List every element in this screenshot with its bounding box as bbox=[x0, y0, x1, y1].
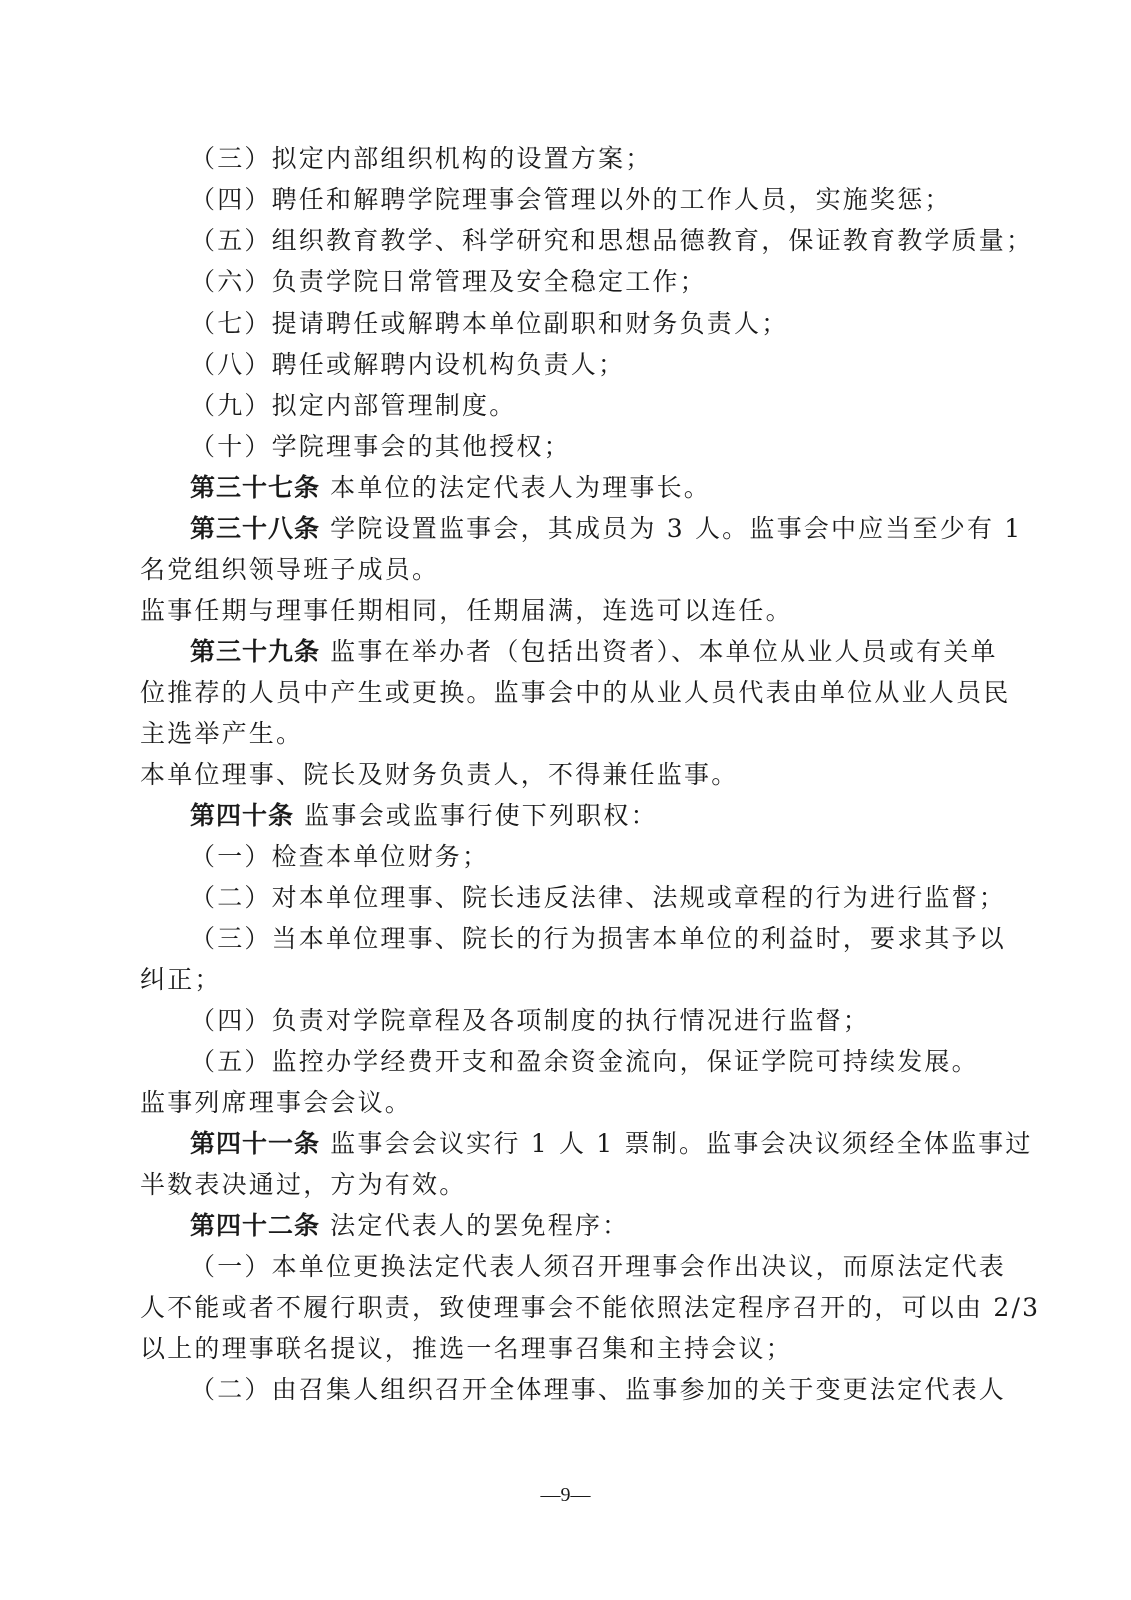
article-42: 第四十二条 法定代表人的罢免程序： bbox=[190, 1209, 1030, 1243]
list-item-4: （四）负责对学院章程及各项制度的执行情况进行监督； bbox=[190, 1004, 1030, 1038]
paragraph-line: 监事列席理事会会议。 bbox=[140, 1086, 980, 1120]
article-38: 第三十八条 学院设置监事会，其成员为 3 人。监事会中应当至少有 1 bbox=[190, 512, 1030, 546]
article-heading: 第三十九条 bbox=[190, 637, 320, 666]
article-41: 第四十一条 监事会会议实行 1 人 1 票制。监事会决议须经全体监事过 bbox=[190, 1127, 1030, 1161]
list-item-3: （三）拟定内部组织机构的设置方案； bbox=[190, 142, 1030, 176]
list-item-1: （一）本单位更换法定代表人须召开理事会作出决议，而原法定代表 bbox=[190, 1250, 1030, 1284]
list-item-2: （二）由召集人组织召开全体理事、监事参加的关于变更法定代表人 bbox=[190, 1373, 1030, 1407]
article-39: 第三十九条 监事在举办者（包括出资者）、本单位从业人员或有关单 bbox=[190, 635, 1030, 669]
article-heading: 第三十八条 bbox=[190, 514, 320, 543]
list-item-4: （四）聘任和解聘学院理事会管理以外的工作人员，实施奖惩； bbox=[190, 183, 1030, 217]
list-item-8: （八）聘任或解聘内设机构负责人； bbox=[190, 348, 1030, 382]
list-item-1: （一）检查本单位财务； bbox=[190, 840, 1030, 874]
paragraph-line: 人不能或者不履行职责，致使理事会不能依照法定程序召开的，可以由 2/3 bbox=[140, 1291, 980, 1325]
list-item-3: （三）当本单位理事、院长的行为损害本单位的利益时，要求其予以 bbox=[190, 922, 1030, 956]
list-item-9: （九）拟定内部管理制度。 bbox=[190, 389, 1030, 423]
list-item-6: （六）负责学院日常管理及安全稳定工作； bbox=[190, 265, 1030, 299]
article-heading: 第四十一条 bbox=[190, 1129, 320, 1158]
page-number: —9— bbox=[0, 1484, 1131, 1507]
article-heading: 第四十条 bbox=[190, 801, 294, 830]
paragraph-line: 纠正； bbox=[140, 963, 980, 997]
paragraph-line: 名党组织领导班子成员。 bbox=[140, 553, 980, 587]
article-40: 第四十条 监事会或监事行使下列职权： bbox=[190, 799, 1030, 833]
document-page: （三）拟定内部组织机构的设置方案； （四）聘任和解聘学院理事会管理以外的工作人员… bbox=[0, 0, 1131, 1600]
paragraph-line: 监事任期与理事任期相同，任期届满，连选可以连任。 bbox=[140, 594, 980, 628]
list-item-5: （五）组织教育教学、科学研究和思想品德教育，保证教育教学质量； bbox=[190, 224, 1030, 258]
paragraph-line: 半数表决通过，方为有效。 bbox=[140, 1168, 980, 1202]
paragraph-line: 以上的理事联名提议，推选一名理事召集和主持会议； bbox=[140, 1332, 980, 1366]
article-heading: 第三十七条 bbox=[190, 473, 320, 502]
list-item-7: （七）提请聘任或解聘本单位副职和财务负责人； bbox=[190, 307, 1030, 341]
article-37: 第三十七条 本单位的法定代表人为理事长。 bbox=[190, 471, 1030, 505]
list-item-2: （二）对本单位理事、院长违反法律、法规或章程的行为进行监督； bbox=[190, 881, 1030, 915]
paragraph-line: 主选举产生。 bbox=[140, 717, 980, 751]
article-heading: 第四十二条 bbox=[190, 1211, 320, 1240]
list-item-5: （五）监控办学经费开支和盈余资金流向，保证学院可持续发展。 bbox=[190, 1045, 1030, 1079]
list-item-10: （十）学院理事会的其他授权； bbox=[190, 430, 1030, 464]
paragraph-line: 本单位理事、院长及财务负责人，不得兼任监事。 bbox=[140, 758, 980, 792]
paragraph-line: 位推荐的人员中产生或更换。监事会中的从业人员代表由单位从业人员民 bbox=[140, 676, 980, 710]
